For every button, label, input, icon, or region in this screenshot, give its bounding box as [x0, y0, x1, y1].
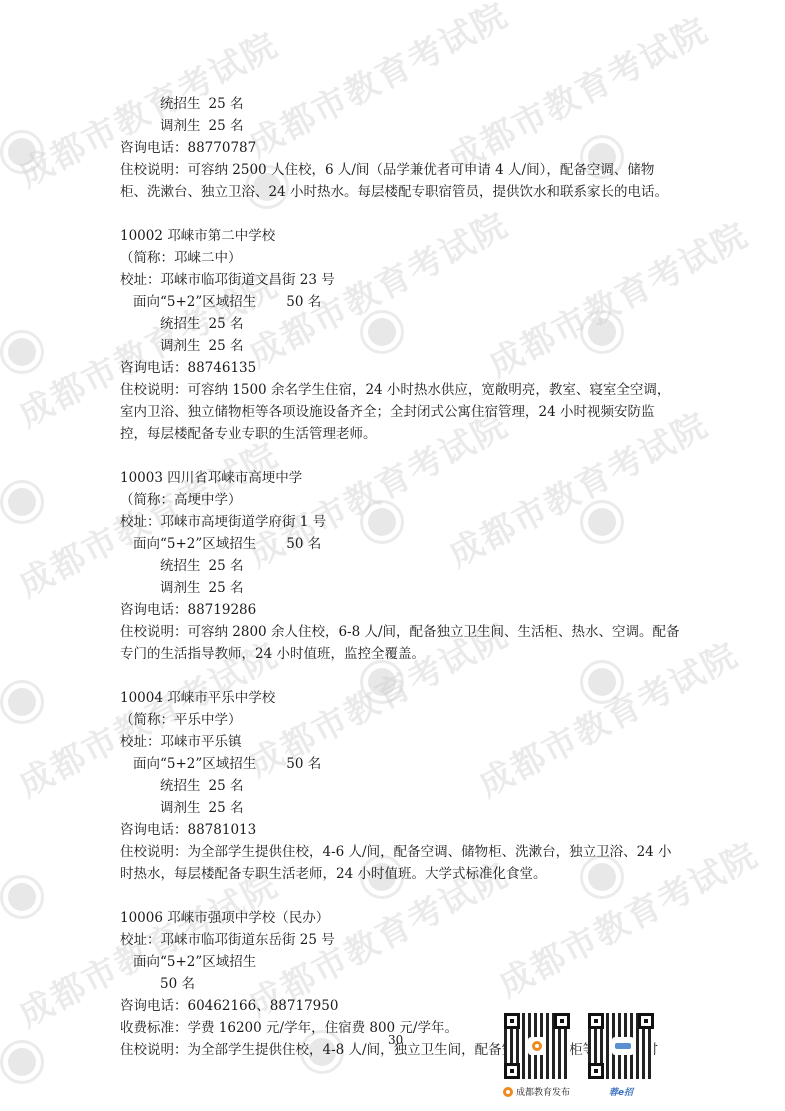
school-entry: 10003 四川省邛崃市高埂中学 （简称：高埂中学） 校址：邛崃市高埂街道学府街…	[120, 467, 680, 665]
quota-label: 统招生	[160, 778, 201, 794]
school-entry: 10002 邛崃市第二中学校 （简称：邛崃二中） 校址：邛崃市临邛街道文昌街 2…	[120, 225, 680, 445]
school-header: 10002 邛崃市第二中学校	[120, 225, 680, 247]
orange-ring-icon	[503, 1087, 513, 1097]
region-label: 面向“5+2”区域招生	[120, 951, 680, 973]
quota-label: 统招生	[160, 558, 201, 574]
region-total: 50 名	[286, 756, 321, 772]
quota-label: 调剂生	[160, 800, 201, 816]
qr-label: 蓉e招	[609, 1085, 633, 1098]
boarding-description: 住校说明：可容纳 1500 余名学生住宿，24 小时热水供应，宽敞明亮，教室、寝…	[120, 379, 680, 445]
school-address: 校址：邛崃市平乐镇	[120, 731, 680, 753]
page-number: 30	[388, 1033, 403, 1047]
quota-value: 25 名	[209, 778, 244, 794]
quota-value: 25 名	[209, 338, 244, 354]
region-total: 50 名	[120, 973, 680, 995]
school-header: 10006 邛崃市强项中学校（民办）	[120, 907, 680, 929]
school-short-name: （简称：平乐中学）	[120, 709, 680, 731]
region-label: 面向“5+2”区域招生	[133, 294, 256, 310]
watermark-seal-icon	[0, 1040, 44, 1084]
school-address: 校址：邛崃市临邛街道文昌街 23 号	[120, 269, 680, 291]
phone-line: 咨询电话：88781013	[120, 819, 680, 841]
quota-label: 调剂生	[160, 338, 201, 354]
qr-code-icon	[504, 1013, 570, 1079]
quota-line: 调剂生25 名	[120, 797, 680, 819]
watermark-seal-icon	[0, 130, 44, 174]
quota-line: 统招生25 名	[120, 93, 680, 115]
qr-label: 成都教育发布	[503, 1085, 570, 1098]
quota-value: 25 名	[209, 96, 244, 112]
quota-label: 调剂生	[160, 580, 201, 596]
region-total: 50 名	[286, 294, 321, 310]
qr-code-icon	[588, 1013, 654, 1079]
quota-label: 调剂生	[160, 118, 201, 134]
quota-line: 调剂生25 名	[120, 335, 680, 357]
watermark-seal-icon	[0, 875, 44, 919]
school-header: 10003 四川省邛崃市高埂中学	[120, 467, 680, 489]
qr-label-text: 成都教育发布	[516, 1085, 570, 1098]
quota-line: 统招生25 名	[120, 555, 680, 577]
watermark-seal-icon	[0, 330, 44, 374]
region-label: 面向“5+2”区域招生	[133, 536, 256, 552]
quota-value: 25 名	[209, 118, 244, 134]
region-quota-line: 面向“5+2”区域招生50 名	[120, 753, 680, 775]
quota-value: 25 名	[209, 800, 244, 816]
quota-value: 25 名	[209, 580, 244, 596]
qr-code-rong-e-zhao[interactable]: 蓉e招	[588, 1013, 654, 1098]
school-short-name: （简称：邛崃二中）	[120, 247, 680, 269]
orange-logo-icon	[528, 1037, 546, 1055]
school-address: 校址：邛崃市高埂街道学府街 1 号	[120, 511, 680, 533]
watermark-seal-icon	[0, 480, 44, 524]
qr-label-text: 蓉e招	[609, 1085, 633, 1098]
region-quota-line: 面向“5+2”区域招生50 名	[120, 533, 680, 555]
region-total: 50 名	[286, 536, 321, 552]
region-label: 面向“5+2”区域招生	[133, 756, 256, 772]
quota-line: 调剂生25 名	[120, 577, 680, 599]
watermark-seal-icon	[0, 680, 44, 724]
boarding-description: 住校说明：可容纳 2800 余人住校，6-8 人/间，配备独立卫生间、生活柜、热…	[120, 621, 680, 665]
quota-line: 统招生25 名	[120, 775, 680, 797]
blue-logo-icon	[612, 1037, 634, 1055]
school-entry: 10004 邛崃市平乐中学校 （简称：平乐中学） 校址：邛崃市平乐镇 面向“5+…	[120, 687, 680, 885]
quota-label: 统招生	[160, 316, 201, 332]
school-short-name: （简称：高埂中学）	[120, 489, 680, 511]
phone-line: 咨询电话：88770787	[120, 137, 680, 159]
phone-line: 咨询电话：88719286	[120, 599, 680, 621]
school-entry-continued: 统招生25 名 调剂生25 名 咨询电话：88770787 住校说明：可容纳 2…	[120, 93, 680, 203]
quota-line: 统招生25 名	[120, 313, 680, 335]
region-quota-line: 面向“5+2”区域招生50 名	[120, 291, 680, 313]
quota-value: 25 名	[209, 558, 244, 574]
document-body: 统招生25 名 调剂生25 名 咨询电话：88770787 住校说明：可容纳 2…	[120, 93, 680, 1061]
boarding-description: 住校说明：可容纳 2500 人住校，6 人/间（品学兼优者可申请 4 人/间），…	[120, 159, 680, 203]
quota-value: 25 名	[209, 316, 244, 332]
school-header: 10004 邛崃市平乐中学校	[120, 687, 680, 709]
quota-label: 统招生	[160, 96, 201, 112]
quota-line: 调剂生25 名	[120, 115, 680, 137]
school-address: 校址：邛崃市临邛街道东岳街 25 号	[120, 929, 680, 951]
boarding-description: 住校说明：为全部学生提供住校，4-6 人/间，配备空调、储物柜、洗漱台，独立卫浴…	[120, 841, 680, 885]
phone-line: 咨询电话：88746135	[120, 357, 680, 379]
qr-code-chengdu-education[interactable]: 成都教育发布	[503, 1013, 570, 1098]
